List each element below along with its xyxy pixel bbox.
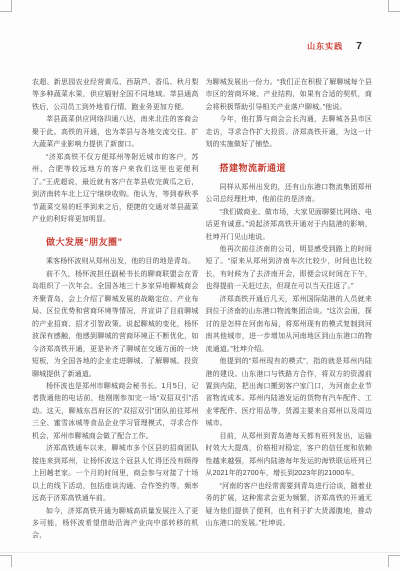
crop-mark-top-left [0,0,12,12]
section-label: 山东实践 [307,41,343,52]
page-trim-line [0,552,400,553]
right-column: 为聊城发展出一份力。“我们正在积极了解聊城每个县市区的营商环境、产业结构，如果有… [206,77,373,543]
paragraph: 如今，济郑高铁开通为聊城高质量发展注入了更多可能，杨怀波希望借助沿海产业向中部转… [32,506,199,543]
paragraph: 为聊城发展出一份力。“我们正在积极了解聊城每个县市区的营商环境、产业结构，如果有… [206,77,373,114]
left-column: 农超、新思园农业经营黄瓜、西葫芦、香瓜、秋月梨等多种蔬菜水果，供应辐射全国不同地… [32,77,199,543]
article-body: 农超、新思园农业经营黄瓜、西葫芦、香瓜、秋月梨等多种蔬菜水果，供应辐射全国不同地… [32,77,372,543]
paragraph: 今年，他打算与商会会长沟通，去聊城各县市区走访，寻求合作扩大投资。济郑高铁开通，… [206,114,373,151]
page-number: 7 [356,40,362,52]
paragraph: “我们做商业、做市场，大家见面聊要比网络、电话更有诚意。”说起济郑高铁开通对于内… [206,207,373,244]
section-heading-friend-circle: 做大发展“朋友圈” [32,237,199,248]
paragraph: 杨怀波也是郑州市聊城商会秘书长。1月5日，记者拨通他的电话前，他刚刚参加完一场“… [32,381,199,443]
paragraph: 他提到的“郑州现有的模式”，指的就是郑州内陆港的建设。山东港口与铁路方合作，将双… [206,356,373,431]
paragraph: 农超、新思园农业经营黄瓜、西葫芦、香瓜、秋月梨等多种蔬菜水果，供应辐射全国不同地… [32,77,199,114]
crop-mark-top-right [388,0,400,12]
paragraph: 同样从郑州出发的，还有山东港口物流集团郑州公司总经理杜坤，他前往的是济南。 [206,182,373,207]
crop-mark-bottom-right [388,555,400,567]
paragraph: 乘客杨怀波则从郑州出发，他的目的地是青岛。 [32,256,199,268]
paragraph: 莘县蔬菜供应网络四通八达，南来北往的客商会聚于此。高铁的开通，也为莘县与各地交流… [32,114,199,151]
section-heading-logistics-channel: 搭建物流新通道 [206,163,373,174]
crop-mark-bottom-left [0,555,12,567]
paragraph: 目前，从郑州到青岛港每天都有班列发出，运输时效大大提高，价格相对稳定，客户的信任… [206,431,373,481]
paragraph: 前不久，杨怀波担任副秘书长的聊商联盟会在青岛组织了一次年会。全国各地三十多家异地… [32,269,199,381]
paragraph: “河南的客户也经常需要到青岛进行洽谈，随着业务的扩展，这种需求会更为频繁，济郑高… [206,481,373,531]
paragraph: 他再次前往济南的公司，明显感受到路上的时间短了。“原来从郑州到济南车次比较少，时… [206,244,373,294]
running-head: 山东实践 7 [307,40,362,52]
paragraph: 济郑高铁通车以来，聊城市多个区县的招商团队接连来到郑州，让杨怀波这个冠县人忙得还… [32,443,199,505]
paragraph: “济郑高铁不仅方便郑州等附近城市的客户，苏州、合肥等较远地方的客户来我们这里也更… [32,152,199,227]
paragraph: 济郑高铁开通后几天，郑州国际陆港的人员就来到位于济南的山东港口物流集团洽谈。“这… [206,294,373,356]
